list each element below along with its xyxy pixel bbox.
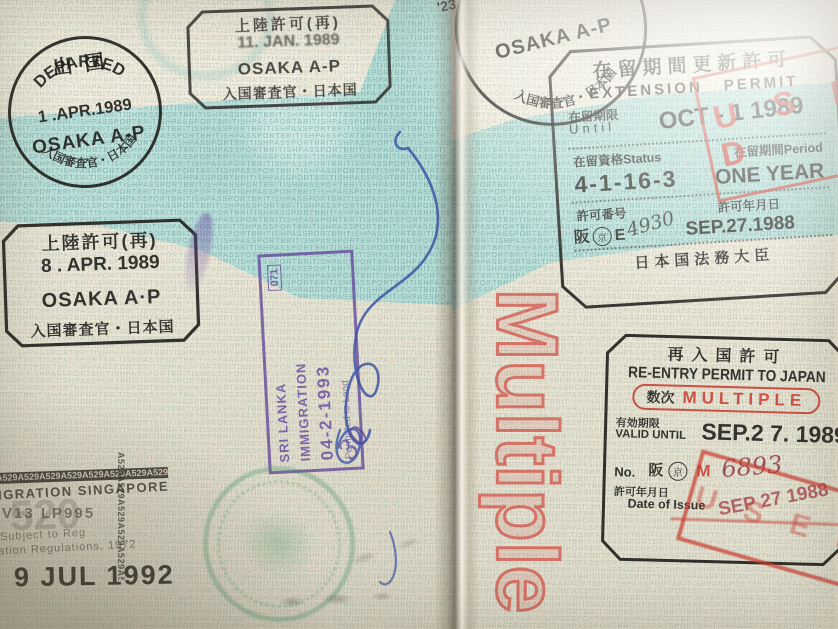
extension-until-en: Until [569,119,616,137]
departed-stamp: 出国 DEPARTED 入国審査官・日本国 1 .APR.1989 OSAKA … [0,26,172,198]
singapore-stamp: IGRATION SINGAPORE 520 V13 LP995 Subject… [0,455,190,615]
reentry-type-en: MULTIPLE [682,388,806,411]
singapore-code: V13 LP995 [2,505,95,522]
extension-no-prefix: 阪 [573,224,590,248]
multiple-watermark-text: Multiple [477,286,576,616]
extension-status-value: 4-1-16-3 [574,165,678,198]
reentry-valid-en: VALID UNTIL [615,428,686,442]
extension-no-circled: 京 [592,226,612,246]
reentry-no-label: No. [614,464,635,480]
svg-text:DEPARTED: DEPARTED [28,46,131,93]
reentry-no-prefix: 阪 [648,459,664,480]
binding-crease [434,0,480,629]
extension-permit-date: SEP.27.1988 [685,212,796,241]
landing-permit-stamp-apr: 上陸許可(再) 8 . APR. 1989 OSAKA A·P 入国審査官・日本… [0,217,202,350]
reentry-no-circled: 京 [668,462,687,481]
singapore-date: 9 JUL 1992 [14,560,175,594]
extension-no-series: E [614,227,626,246]
reentry-type-kanji: 数次 [646,387,675,408]
passport-photo: BRITISHPASSPORTBRITISHPASSPORTBRITISHPAS… [0,0,838,629]
multiple-watermark: Multiple [470,288,582,614]
landing-permit-stamp-jan: 上陸許可(再) 11. JAN. 1989 OSAKA A-P 入国審査官・日本… [184,2,393,111]
reentry-valid-date: SEP.2 7. 1989 [701,418,838,449]
reentry-type-pill: 数次 MULTIPLE [632,384,820,415]
departed-label: DEPARTED [28,46,131,93]
pencil-smudge [262,586,412,612]
